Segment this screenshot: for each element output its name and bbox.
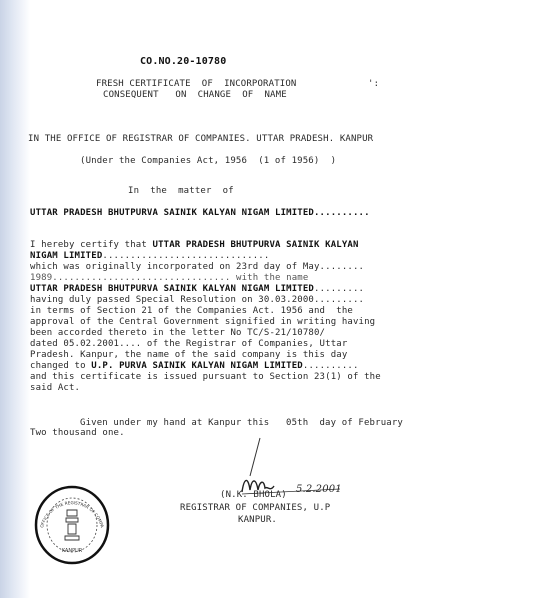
certificate-title-line2: CONSEQUENT ON CHANGE OF NAME <box>103 90 287 100</box>
body-line-4: 1989................................ wit… <box>30 273 308 283</box>
body-line-12-dots: .......... <box>303 361 359 371</box>
signatory-designation: REGISTRAR OF COMPANIES, U.P <box>180 503 330 513</box>
body-line-12-text: changed to <box>30 361 91 371</box>
certificate-title-line1: FRESH CERTIFICATE OF INCORPORATION <box>96 79 296 89</box>
body-line-12-bold: U.P. PURVA SAINIK KALYAN NIGAM LIMITED <box>91 361 303 371</box>
seal-bottom-text: KANPUR <box>62 548 83 554</box>
body-line-3: which was originally incorporated on 23r… <box>30 262 364 272</box>
body-line-13: and this certificate is issued pursuant … <box>30 372 381 382</box>
old-company-name: UTTAR PRADESH BHUTPURVA SAINIK KALYAN NI… <box>30 208 370 218</box>
title-mark: ': <box>368 79 379 89</box>
act-line: (Under the Companies Act, 1956 (1 of 195… <box>80 156 336 166</box>
body-line-12: changed to U.P. PURVA SAINIK KALYAN NIGA… <box>30 361 359 371</box>
body-line-9: been accorded thereto in the letter No T… <box>30 328 325 338</box>
signature-date: 5.2.2001 <box>296 484 342 495</box>
body-line-1: I hereby certify that UTTAR PRADESH BHUT… <box>30 240 359 250</box>
body-line-14: said Act. <box>30 383 80 393</box>
signatory-name: (N.K. BHOLA) <box>220 490 287 500</box>
body-line-5-dots: ......... <box>314 284 364 294</box>
body-line-10: dated 05.02.2001.... of the Registrar of… <box>30 339 347 349</box>
certificate-number: CO.NO.20-10780 <box>140 56 226 67</box>
body-line-11: Pradesh. Kanpur, the name of the said co… <box>30 350 347 360</box>
body-line-5: UTTAR PRADESH BHUTPURVA SAINIK KALYAN NI… <box>30 284 364 294</box>
body-line-8: approval of the Central Government signi… <box>30 317 375 327</box>
office-line: IN THE OFFICE OF REGISTRAR OF COMPANIES.… <box>28 134 373 144</box>
body-line-2-dots: .............................. <box>102 251 269 261</box>
official-seal-icon: KANPUR OFFICE OF THE REGISTRAR OF COMPAN… <box>33 484 111 566</box>
body-line-7: in terms of Section 21 of the Companies … <box>30 306 353 316</box>
matter-line: In the matter of <box>128 186 234 196</box>
body-line-5-bold: UTTAR PRADESH BHUTPURVA SAINIK KALYAN NI… <box>30 284 314 294</box>
given-line: Given under my hand at Kanpur this 05th … <box>80 418 403 428</box>
body-line-2: NIGAM LIMITED...........................… <box>30 251 269 261</box>
given-line-2: Two thousand one. <box>30 428 125 438</box>
body-line-2-bold: NIGAM LIMITED <box>30 251 102 261</box>
scan-edge-shadow <box>0 0 30 598</box>
body-line-6: having duly passed Special Resolution on… <box>30 295 364 305</box>
body-line-1-bold: UTTAR PRADESH BHUTPURVA SAINIK KALYAN <box>153 240 359 250</box>
signatory-place: KANPUR. <box>238 515 277 525</box>
body-line-1-text: I hereby certify that <box>30 240 153 250</box>
